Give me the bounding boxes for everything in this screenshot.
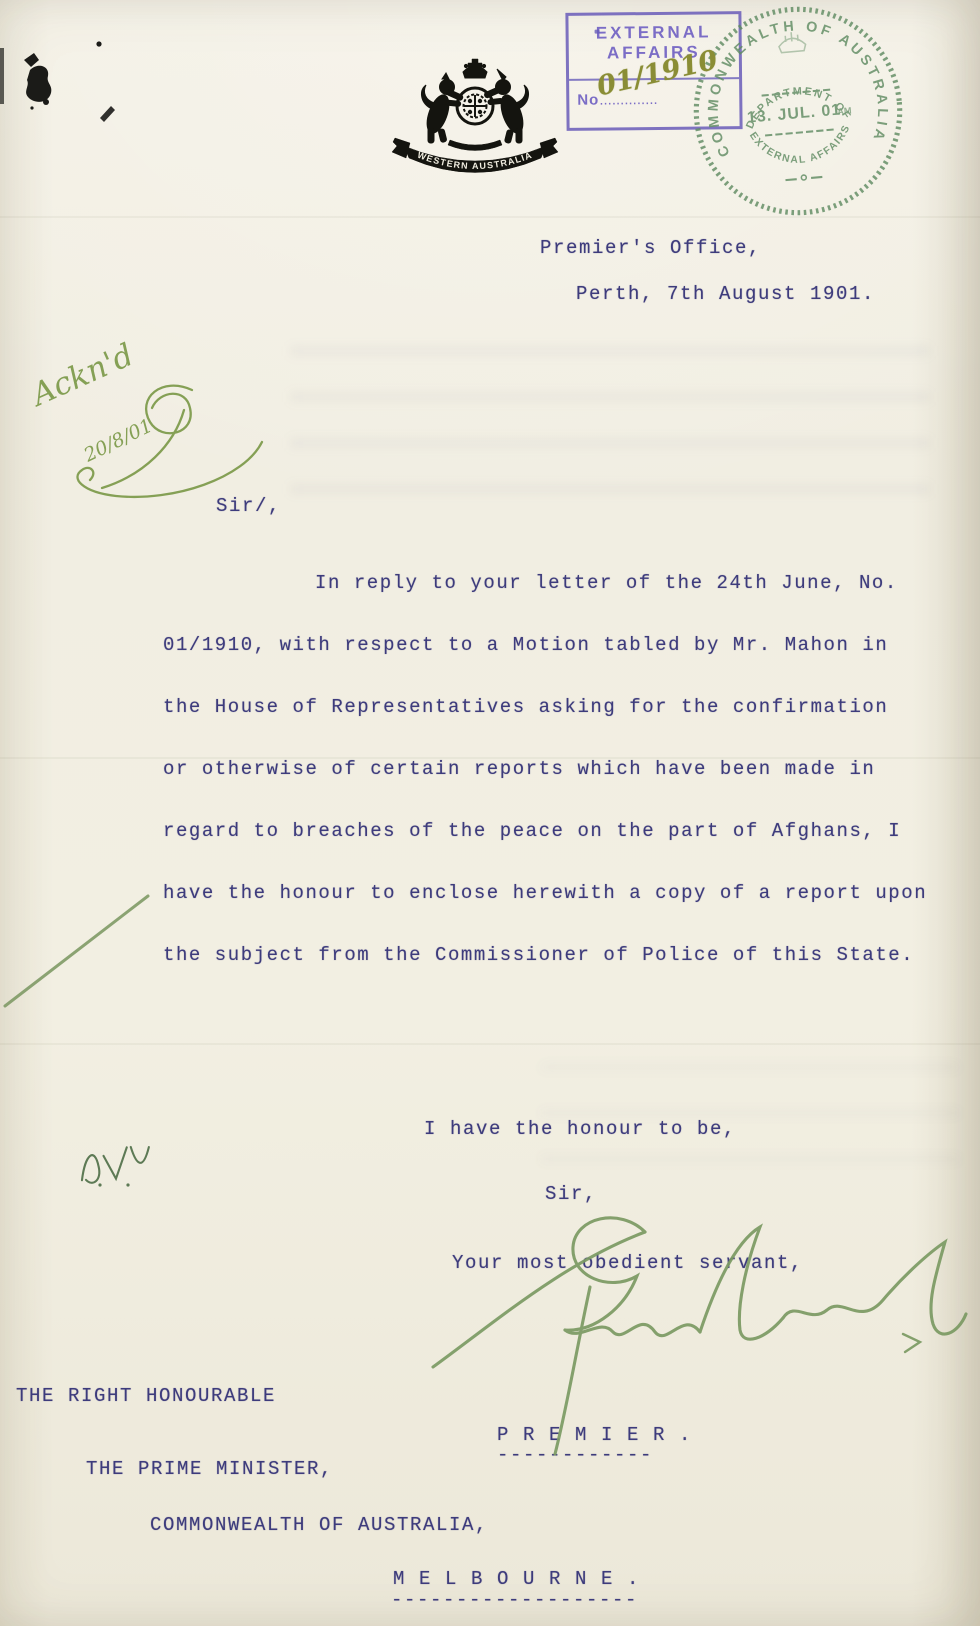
addressee-line4: M E L B O U R N E . — [393, 1568, 640, 1590]
svg-text:WESTERN AUSTRALIA: WESTERN AUSTRALIA — [416, 150, 534, 171]
ackn-text: Ackn'd — [24, 337, 139, 415]
acknowledgement-annotation: Ackn'd 20/8/01 — [24, 350, 294, 510]
commonwealth-date-stamp: COMMONWEALTH OF AUSTRALIA DEPARTMENT OF … — [676, 0, 921, 233]
scan-edge-mark — [0, 48, 4, 104]
addressee-underline: ------------------- — [391, 1589, 638, 1611]
no-label: No — [577, 92, 599, 109]
ink-blot — [12, 30, 122, 140]
body-line: the House of Representatives asking for … — [163, 676, 963, 738]
svg-text:EXTERNAL AFFAIRS: EXTERNAL AFFAIRS — [746, 122, 855, 170]
letterhead-office: Premier's Office, — [540, 237, 761, 259]
body-line: the subject from the Commissioner of Pol… — [163, 924, 963, 986]
stamp-meridiem: AM — [837, 106, 852, 117]
closing-line1: I have the honour to be, — [424, 1118, 736, 1140]
letterhead-date: Perth, 7th August 1901. — [576, 283, 875, 305]
body-line: or otherwise of certain reports which ha… — [163, 738, 963, 800]
ink-bleed-through — [290, 330, 930, 530]
ink-mark — [595, 30, 600, 34]
western-australia-crest: WESTERN AUSTRALIA — [390, 56, 560, 176]
stamp-ring-text: COMMONWEALTH OF AUSTRALIA — [698, 11, 894, 160]
svg-text:COMMONWEALTH OF AUSTRALIA: COMMONWEALTH OF AUSTRALIA — [698, 11, 894, 160]
crest-banner-text: WESTERN AUSTRALIA — [416, 150, 534, 171]
initials-annotation — [62, 1115, 162, 1205]
letter-body: In reply to your letter of the 24th June… — [163, 552, 963, 986]
body-line: In reply to your letter of the 24th June… — [163, 552, 963, 614]
ackn-date-text: 20/8/01 — [80, 415, 156, 467]
paper-crease — [0, 1043, 980, 1045]
premier-signature — [415, 1192, 970, 1472]
body-line: regard to breaches of the peace on the p… — [163, 800, 963, 862]
stamp-external-affairs-text: EXTERNAL AFFAIRS — [746, 122, 855, 170]
addressee-line2: THE PRIME MINISTER, — [86, 1458, 333, 1480]
body-line: have the honour to enclose herewith a co… — [163, 862, 963, 924]
addressee-line3: COMMONWEALTH OF AUSTRALIA, — [150, 1514, 488, 1536]
margin-tick-mark — [0, 880, 160, 1010]
addressee-line1: THE RIGHT HONOURABLE — [16, 1385, 276, 1407]
body-line: 01/1910, with respect to a Motion tabled… — [163, 614, 963, 676]
letter-page: WESTERN AUSTRALIA EXTERNAL AFFAIRS No...… — [0, 0, 980, 1626]
